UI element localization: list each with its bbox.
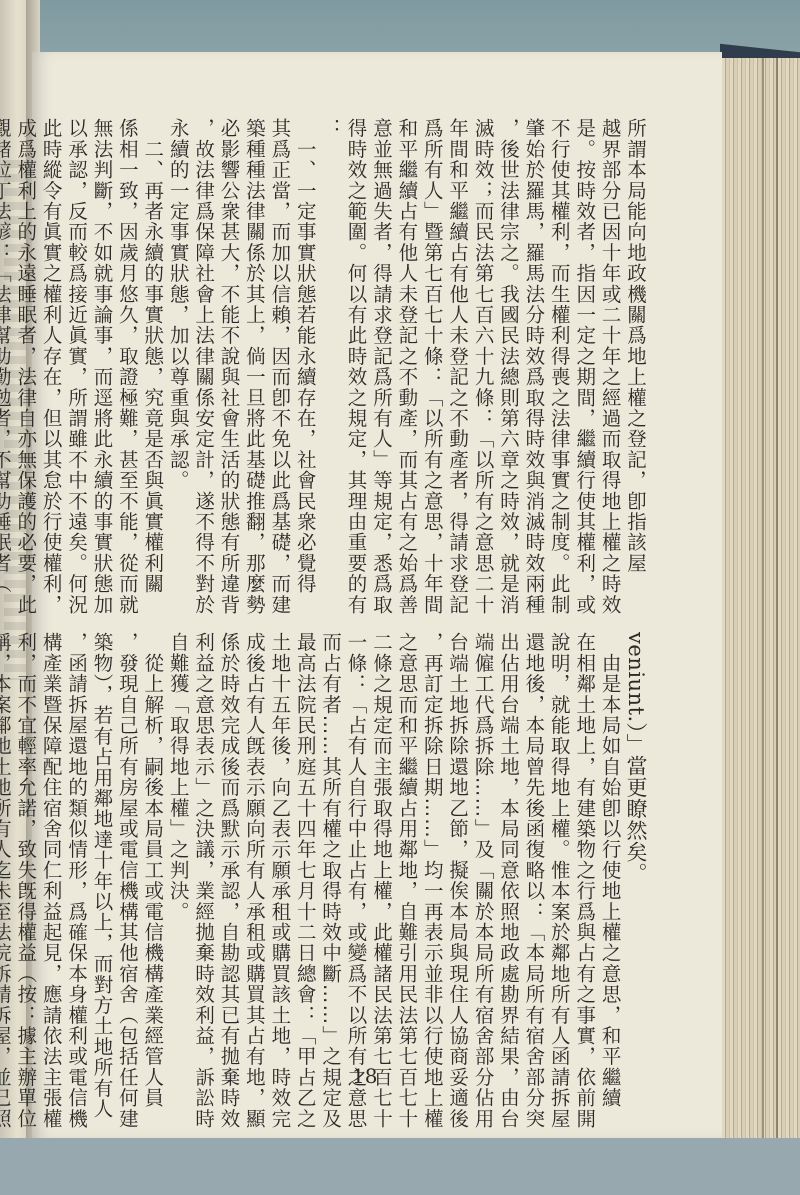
text-column: 是。按時效者，指因一定之期間，繼續行使其權利，或 — [572, 118, 597, 618]
background-top — [0, 0, 800, 60]
page-edge-line — [762, 58, 764, 1138]
text-column: 所謂本局能向地政機關爲地上權之登記，卽指該屋 — [623, 118, 648, 618]
text-column: ，再訂定拆除日期……」均一再表示並非以行使地上權 — [419, 632, 444, 1082]
text-column: 築物），若有占用鄰地達十年以上，而對方土地所有人 — [89, 632, 114, 1082]
text-column: 肇始於羅馬，羅馬法分時效爲取得時效與消滅時效兩種 — [521, 118, 546, 618]
page-edge-line — [776, 58, 778, 1138]
text-column: ，後世法律宗之。我國民法總則第六章之時效，就是消 — [496, 118, 521, 618]
text-column: 築種種法律關係於其上，倘一旦將此基礎推翻，那麼勢 — [242, 118, 267, 618]
text-column: ，函請拆屋還地的類似情形，爲確保本身權利或電信機 — [64, 632, 89, 1082]
text-column: 二條之規定而主張取得地上權，此權諸民法第七百七十 — [369, 632, 394, 1082]
text-column: 滅時效；而民法第七百六十九條：「以所有之意思二十 — [470, 118, 495, 618]
text-column: 爲所有人」暨第七百七十條：「以所有之意思，十年間 — [419, 118, 444, 618]
text-column: 利，而不宜輕率允諾，致失旣得權益（按：據主辦單位 — [13, 632, 38, 1082]
page-number: 18 — [352, 1064, 377, 1088]
text-column: 其爲正當，而加以信賴，因而卽不免以此爲基礎，而建 — [267, 118, 292, 618]
text-column: 二、再者永續的事實狀態，究竟是否與眞實權利關 — [140, 118, 165, 618]
text-column: 出佔用台端土地，本局同意依照地政處勘界結果，由台 — [496, 632, 521, 1082]
text-column: ，發現自己所有房屋或電信機構其他宿舍（包括任何建 — [114, 632, 139, 1082]
text-column: 觀諸拉丁法諺：「法律幫助勤勉者，不幫助睡眠者（ — [0, 118, 13, 618]
text-column: 和平繼續占有他人未登記之不動產，而其占有之始爲善 — [394, 118, 419, 618]
text-column: 得時效之範圍。何以有此時效之規定，其理由重要的有 — [343, 118, 368, 618]
text-column: 越界部分已因十年或二十年之經過而取得地上權之時效 — [597, 118, 622, 618]
text-column: 還地後，本局曾先後函復略以：「本局所有宿舍部分突 — [521, 632, 546, 1082]
text-column: 年間和平繼續占有他人未登記之不動產者，得請求登記 — [445, 118, 470, 618]
text-column: 從上解析，嗣後本局員工或電信機構產業經管人員 — [140, 632, 165, 1082]
text-column: 意並無過失者，得請求登記爲所有人」等規定，悉爲取 — [369, 118, 394, 618]
text-column: 成爲權利上的永遠睡眠者，法律自亦無保護的必要，此 — [13, 118, 38, 618]
text-column: 係相一致，因歲月悠久，取證極難，甚至不能，從而就 — [114, 118, 139, 618]
text-column: 一條：「占有人自行中止占有，或變爲不以所有之意思 — [343, 632, 368, 1082]
text-column: 說明，就能取得地上權。惟本案於鄰地所有人函請拆屋 — [546, 632, 571, 1082]
text-column: 以承認，反而較爲接近眞實，所謂雖不中不遠矣。何況 — [64, 118, 89, 618]
text-column: 之意思而和平繼續占用鄰地，自難引用民法第七百七十 — [394, 632, 419, 1082]
text-column: ，故法律爲保障社會上法律關係安定計，遂不得不對於 — [191, 118, 216, 618]
text-column: 而占有者……其所有權之取得時效中斷……」之規定及 — [318, 632, 343, 1082]
text-column: 由是本局如自始卽以行使地上權之意思，和平繼續 — [597, 632, 622, 1082]
text-column: 自難獲「取得地上權」之判決。 — [165, 632, 190, 1082]
text-column: 此時縱令有眞實之權利人存在，但以其怠於行使權利， — [38, 118, 63, 618]
text-column: 無法判斷，不如就事論事，而逕將此永續的事實狀態加 — [89, 118, 114, 618]
text-column: 構產業暨保障配住宿舍同仁利益起見，應請依法主張權 — [38, 632, 63, 1082]
text-column: 稱，本案鄰地土地所有人迄未至法院訴請拆屋，並已照 — [0, 632, 13, 1082]
text-column: 利益之意思表示」之決議，業經拋棄時效利益，訴訟時 — [191, 632, 216, 1082]
text-column: 在相鄰土地上，有建築物之行爲與占有之事實，依前開 — [572, 632, 597, 1082]
text-column: 係於時效完成後而爲默示承認，自勘認其已有拋棄時效 — [216, 632, 241, 1082]
text-column: 永續的一定事實狀態，加以尊重與承認。 — [165, 118, 190, 618]
text-block-upper: 所謂本局能向地政機關爲地上權之登記，卽指該屋 越界部分已因十年或二十年之經過而取… — [28, 118, 648, 618]
text-column: 台端土地拆除還地乙節，擬俟本局與現住人協商妥適後 — [445, 632, 470, 1082]
text-column: 不行使其權利，而生權利得喪之法律事實之制度。此制 — [546, 118, 571, 618]
text-column: 土地十五年後，向乙表示願承租或購買該土地，時效完 — [267, 632, 292, 1082]
text-column: 最高法院民刑庭五十四年七月十二日總會：「甲占乙之 — [292, 632, 317, 1082]
page-edge-stack — [718, 58, 800, 1138]
text-column: 必影響公衆甚大，不能不說與社會生活的狀態有所違背 — [216, 118, 241, 618]
background-bottom — [0, 1138, 800, 1195]
text-column: ： — [318, 118, 343, 618]
text-column: 成後占有人旣表示願向所有人承租或購買其占有地，顯 — [242, 632, 267, 1082]
text-block-lower: veniunt.）」當更瞭然矣。 由是本局如自始卽以行使地上權之意思，和平繼續 … — [28, 632, 648, 1082]
text-column: 一、一定事實狀態若能永續存在，社會民衆必覺得 — [292, 118, 317, 618]
latin-maxim-continuation: veniunt.）」當更瞭然矣。 — [623, 632, 648, 1082]
text-column: 端僱工代爲拆除……」及「關於本局所有宿舍部分佔用 — [470, 632, 495, 1082]
